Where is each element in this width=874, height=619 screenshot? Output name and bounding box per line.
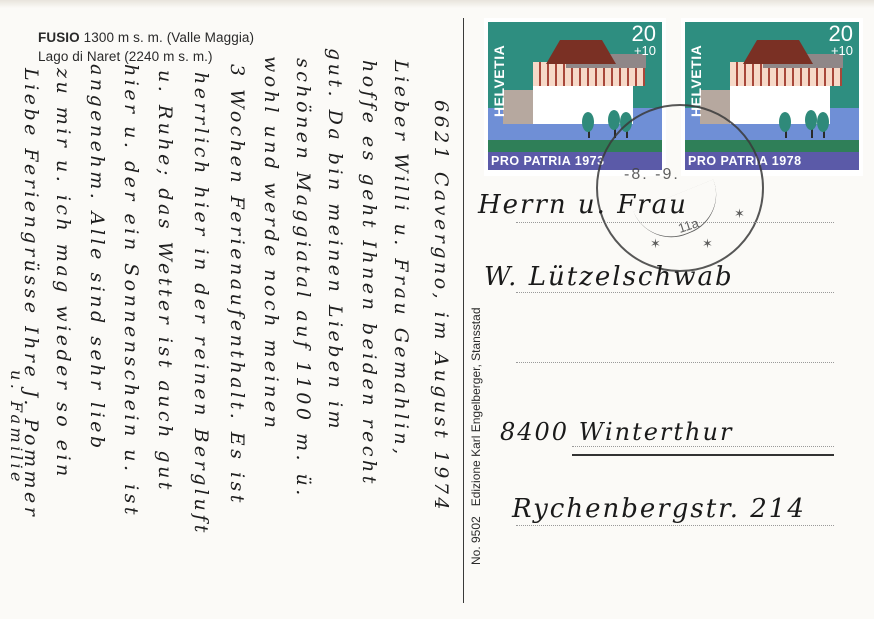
caption-place: FUSIO (38, 30, 80, 45)
postcard-back: FUSIO 1300 m s. m. (Valle Maggia) Lago d… (0, 0, 874, 619)
message-line: 3 Wochen Ferienaufenthalt. Es ist (226, 64, 248, 506)
message-line: angenehm. Alle sind sehr lieb (86, 64, 108, 452)
message-line: 6621 Cavergno, im August 1974 (430, 100, 452, 513)
message-line: hier u. der ein Sonnenschein u. ist (120, 64, 142, 518)
publisher-name: Edizione Karl Engelberger, Stansstad (469, 308, 483, 507)
photo-caption: FUSIO 1300 m s. m. (Valle Maggia) Lago d… (38, 28, 254, 66)
address-line-salutation: Herrn u. Frau (478, 190, 688, 220)
message-line: Lieber Willi u. Frau Gemahlin, (390, 60, 412, 458)
address-line-name: W. Lützelschwab (484, 262, 734, 292)
message-line: zu mir u. ich mag wieder so ein (52, 68, 74, 480)
caption-place-detail: 1300 m s. m. (Valle Maggia) (84, 30, 255, 45)
center-divider (463, 18, 464, 603)
star-icon: ✶ (650, 236, 661, 252)
address-rule (516, 362, 834, 363)
message-line: wohl und werde noch meinen (260, 56, 282, 431)
star-icon: ✶ (734, 206, 745, 222)
stamp-country: HELVETIA (491, 45, 507, 117)
message-line: schönen Maggiatal auf 1100 m. ü. (292, 58, 314, 499)
stamp-surcharge: +10 (829, 44, 853, 58)
message-line: u. Familie (7, 370, 26, 485)
address-line-street: Rychenbergstr. 214 (512, 494, 806, 524)
message-line: u. Ruhe; das Wetter ist auch gut (154, 70, 176, 493)
publisher-imprint: No. 9502Edizione Karl Engelberger, Stans… (469, 298, 483, 566)
message-line: herrlich hier in der reinen Bergluft (190, 72, 212, 536)
address-rule (572, 446, 834, 447)
publisher-number: No. 9502 (469, 516, 483, 565)
star-icon: ✶ (702, 236, 713, 252)
address-rule (516, 525, 834, 526)
caption-line2: Lago di Naret (2240 m s. m.) (38, 47, 254, 66)
postmark: -8. -9. 11a ✶ ✶ ✶ (596, 104, 764, 272)
address-line-city: 8400 Winterthur (500, 418, 733, 446)
stamp-surcharge: +10 (632, 44, 656, 58)
city-underline (572, 454, 834, 456)
message-line: gut. Da bin meinen Lieben im (324, 48, 346, 432)
address-rule (516, 222, 834, 223)
message-line: hoffe es geht Ihnen beiden recht (358, 60, 380, 487)
postmark-date: -8. -9. (624, 166, 680, 184)
address-rule (516, 292, 834, 293)
